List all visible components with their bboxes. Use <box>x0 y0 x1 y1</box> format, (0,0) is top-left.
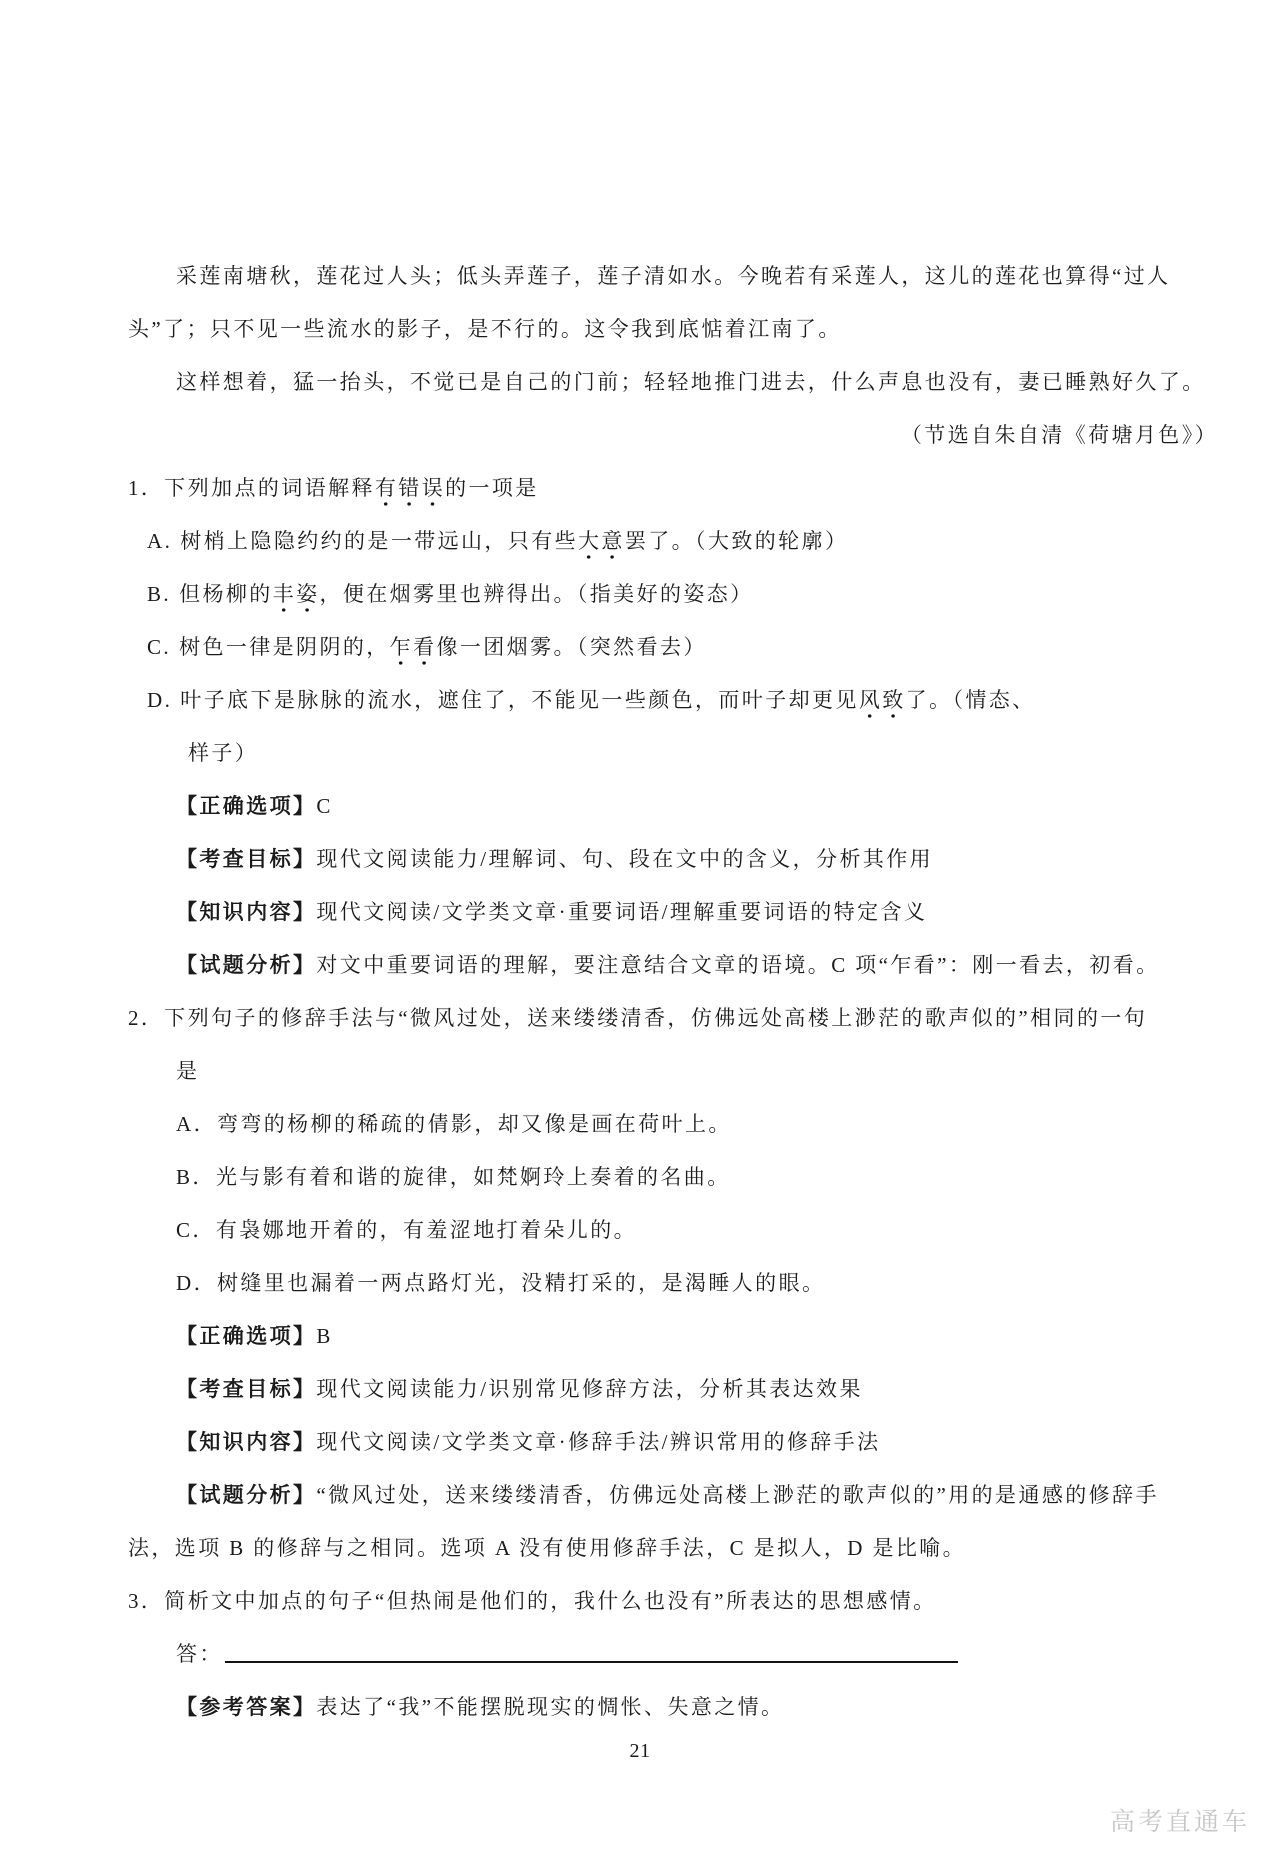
answer-label: 【正确选项】 <box>176 794 316 818</box>
analysis-label: 【试题分析】 <box>176 1483 316 1507</box>
question-3-stem: 3．简析文中加点的句子“但热闹是他们的，我什么也没有”所表达的思想感情。 <box>128 1575 1218 1628</box>
watermark: 高考直通车 <box>1110 1802 1250 1838</box>
option-label: C. <box>147 635 171 659</box>
emphasized-words: 大意 <box>578 529 625 560</box>
question-1-analysis: 【试题分析】对文中重要词语的理解，要注意结合文章的语境。C 项“乍看”：刚一看去… <box>128 939 1218 992</box>
reference-label: 【参考答案】 <box>176 1695 316 1719</box>
page-number: 21 <box>0 1740 1280 1763</box>
option-label: A． <box>176 1112 217 1136</box>
question-2-option-c: C．有袅娜地开着的，有羞涩地打着朵儿的。 <box>128 1204 1218 1257</box>
answer-prompt: 答： <box>176 1642 223 1666</box>
document-body: 采莲南塘秋，莲花过人头；低头弄莲子，莲子清如水。今晚若有采莲人，这儿的莲花也算得… <box>128 250 1218 1734</box>
emphasized-words: 有错误 <box>375 476 445 507</box>
answer-label: 【正确选项】 <box>176 1324 316 1348</box>
option-label: A. <box>147 529 172 553</box>
question-1-option-d: D.叶子底下是脉脉的流水，遮住了，不能见一些颜色，而叶子却更见风致了。（情态、样… <box>128 674 1218 780</box>
passage-line: 头”了；只不见一些流水的影子，是不行的。这令我到底惦着江南了。 <box>128 317 842 341</box>
question-1-stem: 1．下列加点的词语解释有错误的一项是 <box>128 462 1218 515</box>
question-1-option-a: A.树梢上隐隐约约的是一带远山，只有些大意罢了。（大致的轮廓） <box>128 515 1218 568</box>
passage-line: 这样想着，猛一抬头，不觉已是自己的门前；轻轻地推门进去，什么声息也没有，妻已睡熟… <box>176 370 1206 394</box>
knowledge-label: 【知识内容】 <box>176 1430 316 1454</box>
exam-page: { "passage": { "para1_lines": [ "采莲南塘秋，莲… <box>0 0 1280 1858</box>
option-label: B. <box>147 582 171 606</box>
question-1-knowledge-content: 【知识内容】现代文阅读/文学类文章·重要词语/理解重要词语的特定含义 <box>128 886 1218 939</box>
passage-attribution: （节选自朱自清《荷塘月色》） <box>128 409 1218 462</box>
analysis-label: 【试题分析】 <box>176 953 316 977</box>
question-3-answer-line: 答： <box>128 1628 1218 1681</box>
answer-value: B <box>316 1324 332 1348</box>
option-label: B． <box>176 1165 216 1189</box>
question-2-stem: 2．下列句子的修辞手法与“微风过处，送来缕缕清香，仿佛远处高楼上渺茫的歌声似的”… <box>128 992 1218 1098</box>
question-2-option-d: D．树缝里也漏着一两点路灯光，没精打采的，是渴睡人的眼。 <box>128 1257 1218 1310</box>
question-1-correct-answer: 【正确选项】C <box>128 780 1218 833</box>
question-2-option-b: B．光与影有着和谐的旋律，如梵婀玲上奏着的名曲。 <box>128 1151 1218 1204</box>
knowledge-label: 【知识内容】 <box>176 900 316 924</box>
option-label: D. <box>147 688 172 712</box>
goal-label: 【考查目标】 <box>176 847 316 871</box>
emphasized-words: 乍看 <box>390 635 437 666</box>
answer-blank-line <box>225 1641 958 1663</box>
answer-value: C <box>316 794 332 818</box>
question-1-exam-goal: 【考查目标】现代文阅读能力/理解词、句、段在文中的含义，分析其作用 <box>128 833 1218 886</box>
passage-line: 采莲南塘秋，莲花过人头；低头弄莲子，莲子清如水。今晚若有采莲人，这儿的莲花也算得… <box>176 264 1171 288</box>
option-label: D． <box>176 1271 217 1295</box>
question-2-analysis: 【试题分析】“微风过处，送来缕缕清香，仿佛远处高楼上渺茫的歌声似的”用的是通感的… <box>128 1469 1218 1575</box>
option-label: C． <box>176 1218 216 1242</box>
question-2-correct-answer: 【正确选项】B <box>128 1310 1218 1363</box>
question-1-option-c: C.树色一律是阴阴的，乍看像一团烟雾。（突然看去） <box>128 621 1218 674</box>
passage-paragraph-2: 这样想着，猛一抬头，不觉已是自己的门前；轻轻地推门进去，什么声息也没有，妻已睡熟… <box>128 356 1218 409</box>
question-1-option-b: B.但杨柳的丰姿，便在烟雾里也辨得出。（指美好的姿态） <box>128 568 1218 621</box>
question-2-exam-goal: 【考查目标】现代文阅读能力/识别常见修辞方法，分析其表达效果 <box>128 1363 1218 1416</box>
question-2-option-a: A．弯弯的杨柳的稀疏的倩影，却又像是画在荷叶上。 <box>128 1098 1218 1151</box>
emphasized-words: 丰姿 <box>273 582 320 613</box>
question-3-reference-answer: 【参考答案】表达了“我”不能摆脱现实的惆怅、失意之情。 <box>128 1681 1218 1734</box>
question-2-knowledge-content: 【知识内容】现代文阅读/文学类文章·修辞手法/辨识常用的修辞手法 <box>128 1416 1218 1469</box>
goal-label: 【考查目标】 <box>176 1377 316 1401</box>
passage-paragraph-1: 采莲南塘秋，莲花过人头；低头弄莲子，莲子清如水。今晚若有采莲人，这儿的莲花也算得… <box>128 250 1218 356</box>
emphasized-words: 风致 <box>859 688 906 719</box>
